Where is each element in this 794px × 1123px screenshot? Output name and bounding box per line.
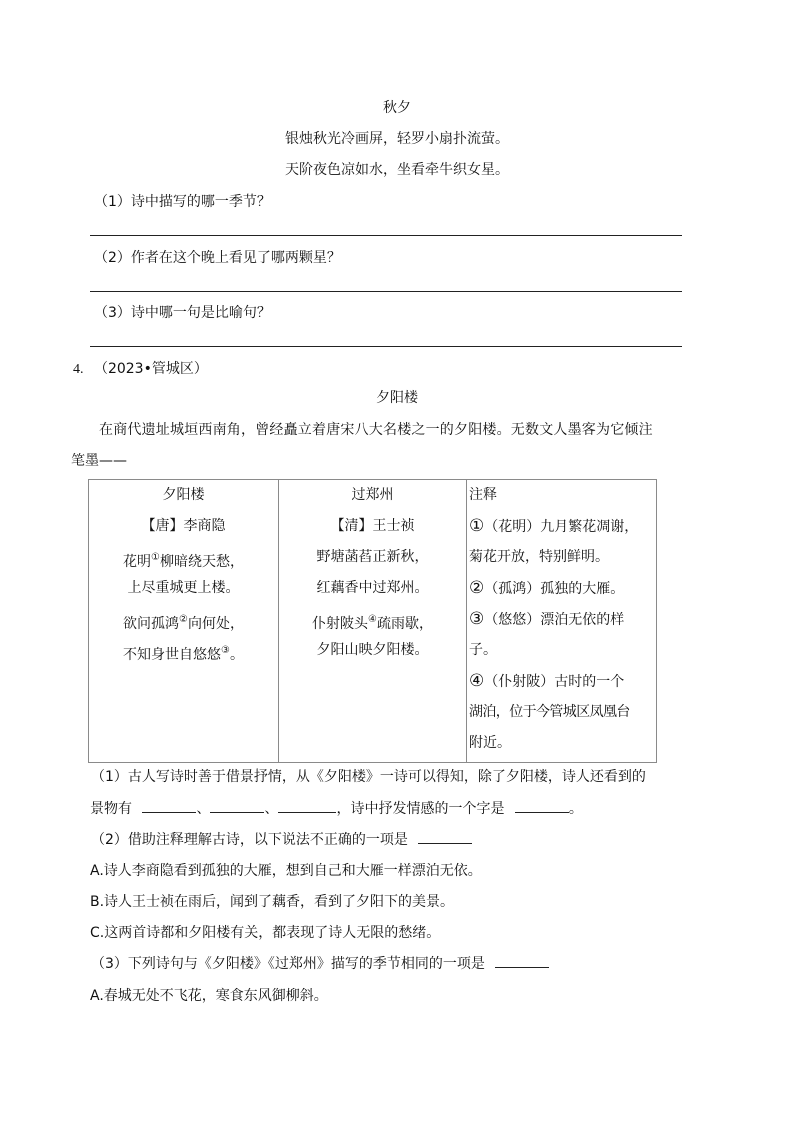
answer-line-1[interactable] [90, 235, 682, 236]
poem-title: 夕阳楼 [89, 480, 278, 511]
blank-emotion-char[interactable] [515, 798, 569, 813]
poems-table: 夕阳楼 【唐】李商隐 花明①柳暗绕天愁， 上尽重城更上楼。 欲问孤鸿②向何处， … [88, 479, 657, 763]
blank-scenery-2[interactable] [210, 798, 264, 813]
poem-cell-xiyanglou: 夕阳楼 【唐】李商隐 花明①柳暗绕天愁， 上尽重城更上楼。 欲问孤鸿②向何处， … [89, 480, 279, 763]
footnote-mark: ② [179, 614, 188, 625]
footnote-mark: ④ [368, 614, 377, 625]
option-b: B.诗人王士祯在雨后，闻到了藕香，看到了夕阳下的美景。 [90, 891, 454, 911]
question-3-label: （3）诗中哪一句是比喻句？ [94, 302, 271, 322]
note-line: ①（花明）九月繁花凋谢， [467, 511, 656, 542]
poem-line: 仆射陂头④疏雨歇， [279, 604, 466, 635]
poem-line: 夕阳山映夕阳楼。 [279, 635, 466, 666]
question-4-header: 4. （2023•管城区） [73, 358, 208, 378]
poem-line: 不知身世自悠悠③。 [89, 635, 278, 666]
poem-title: 秋夕 [0, 97, 794, 117]
note-line: ④（仆射陂）古时的一个 [467, 666, 656, 697]
blank-answer-q2[interactable] [418, 829, 472, 844]
note-line: 湖泊，位于今管城区凤凰台 [467, 697, 656, 728]
option-c: C.这两首诗都和夕阳楼有关，都表现了诗人无限的愁绪。 [90, 922, 440, 942]
answer-line-2[interactable] [90, 291, 682, 292]
blank-scenery-3[interactable] [278, 798, 336, 813]
passage-intro-line-1: 在商代遗址城垣西南角，曾经矗立着唐宋八大名楼之一的夕阳楼。无数文人墨客为它倾注 [99, 419, 653, 439]
footnote-mark: ① [151, 552, 160, 563]
question-2-label: （2）作者在这个晚上看见了哪两颗星？ [94, 247, 341, 267]
poem-line-2: 天阶夜色凉如水，坐看牵牛织女星。 [0, 159, 794, 179]
subquestion-2-stem: （2）借助注释理解古诗，以下说法不正确的一项是 [91, 829, 472, 849]
question-number: 4. [73, 362, 84, 377]
poem-line: 花明①柳暗绕天愁， [89, 542, 278, 573]
poem-author: 【唐】李商隐 [89, 511, 278, 542]
poem-line: 欲问孤鸿②向何处， [89, 604, 278, 635]
question-1-label: （1）诗中描写的哪一季节？ [94, 191, 271, 211]
note-line: 子。 [467, 635, 656, 666]
subquestion-3-stem: （3）下列诗句与《夕阳楼》《过郑州》描写的季节相同的一项是 [91, 953, 549, 973]
note-line: ③（悠悠）漂泊无依的样 [467, 604, 656, 635]
subquestion-1-line-1: （1）古人写诗时善于借景抒情，从《夕阳楼》一诗可以得知，除了夕阳楼，诗人还看到的 [91, 766, 646, 786]
poem-title: 过郑州 [279, 480, 466, 511]
poem-cell-guozhengzhou: 过郑州 【清】王士祯 野塘菡萏正新秋， 红藕香中过郑州。 仆射陂头④疏雨歇， 夕… [279, 480, 467, 763]
note-line: 附近。 [467, 728, 656, 759]
notes-title: 注释 [467, 480, 656, 511]
passage-title: 夕阳楼 [0, 387, 794, 407]
poem-line: 野塘菡萏正新秋， [279, 542, 466, 573]
poem-line: 上尽重城更上楼。 [89, 573, 278, 604]
answer-line-3[interactable] [90, 346, 682, 347]
subquestion-1-line-2: 景物有 、、，诗中抒发情感的一个字是 。 [90, 798, 583, 818]
passage-intro-line-2: 笔墨—— [71, 450, 127, 470]
note-line: ②（孤鸿）孤独的大雁。 [467, 573, 656, 604]
note-line: 菊花开放，特别鲜明。 [467, 542, 656, 573]
blank-scenery-1[interactable] [142, 798, 196, 813]
blank-answer-q3[interactable] [495, 953, 549, 968]
footnote-mark: ③ [221, 645, 230, 656]
option-a: A.春城无处不飞花，寒食东风御柳斜。 [90, 985, 328, 1005]
option-a: A.诗人李商隐看到孤独的大雁，想到自己和大雁一样漂泊无依。 [90, 860, 482, 880]
poem-line-1: 银烛秋光冷画屏，轻罗小扇扑流萤。 [0, 128, 794, 148]
poem-author: 【清】王士祯 [279, 511, 466, 542]
poem-line: 红藕香中过郑州。 [279, 573, 466, 604]
question-source: （2023•管城区） [94, 361, 208, 377]
notes-cell: 注释 ①（花明）九月繁花凋谢， 菊花开放，特别鲜明。 ②（孤鸿）孤独的大雁。 ③… [467, 480, 657, 763]
